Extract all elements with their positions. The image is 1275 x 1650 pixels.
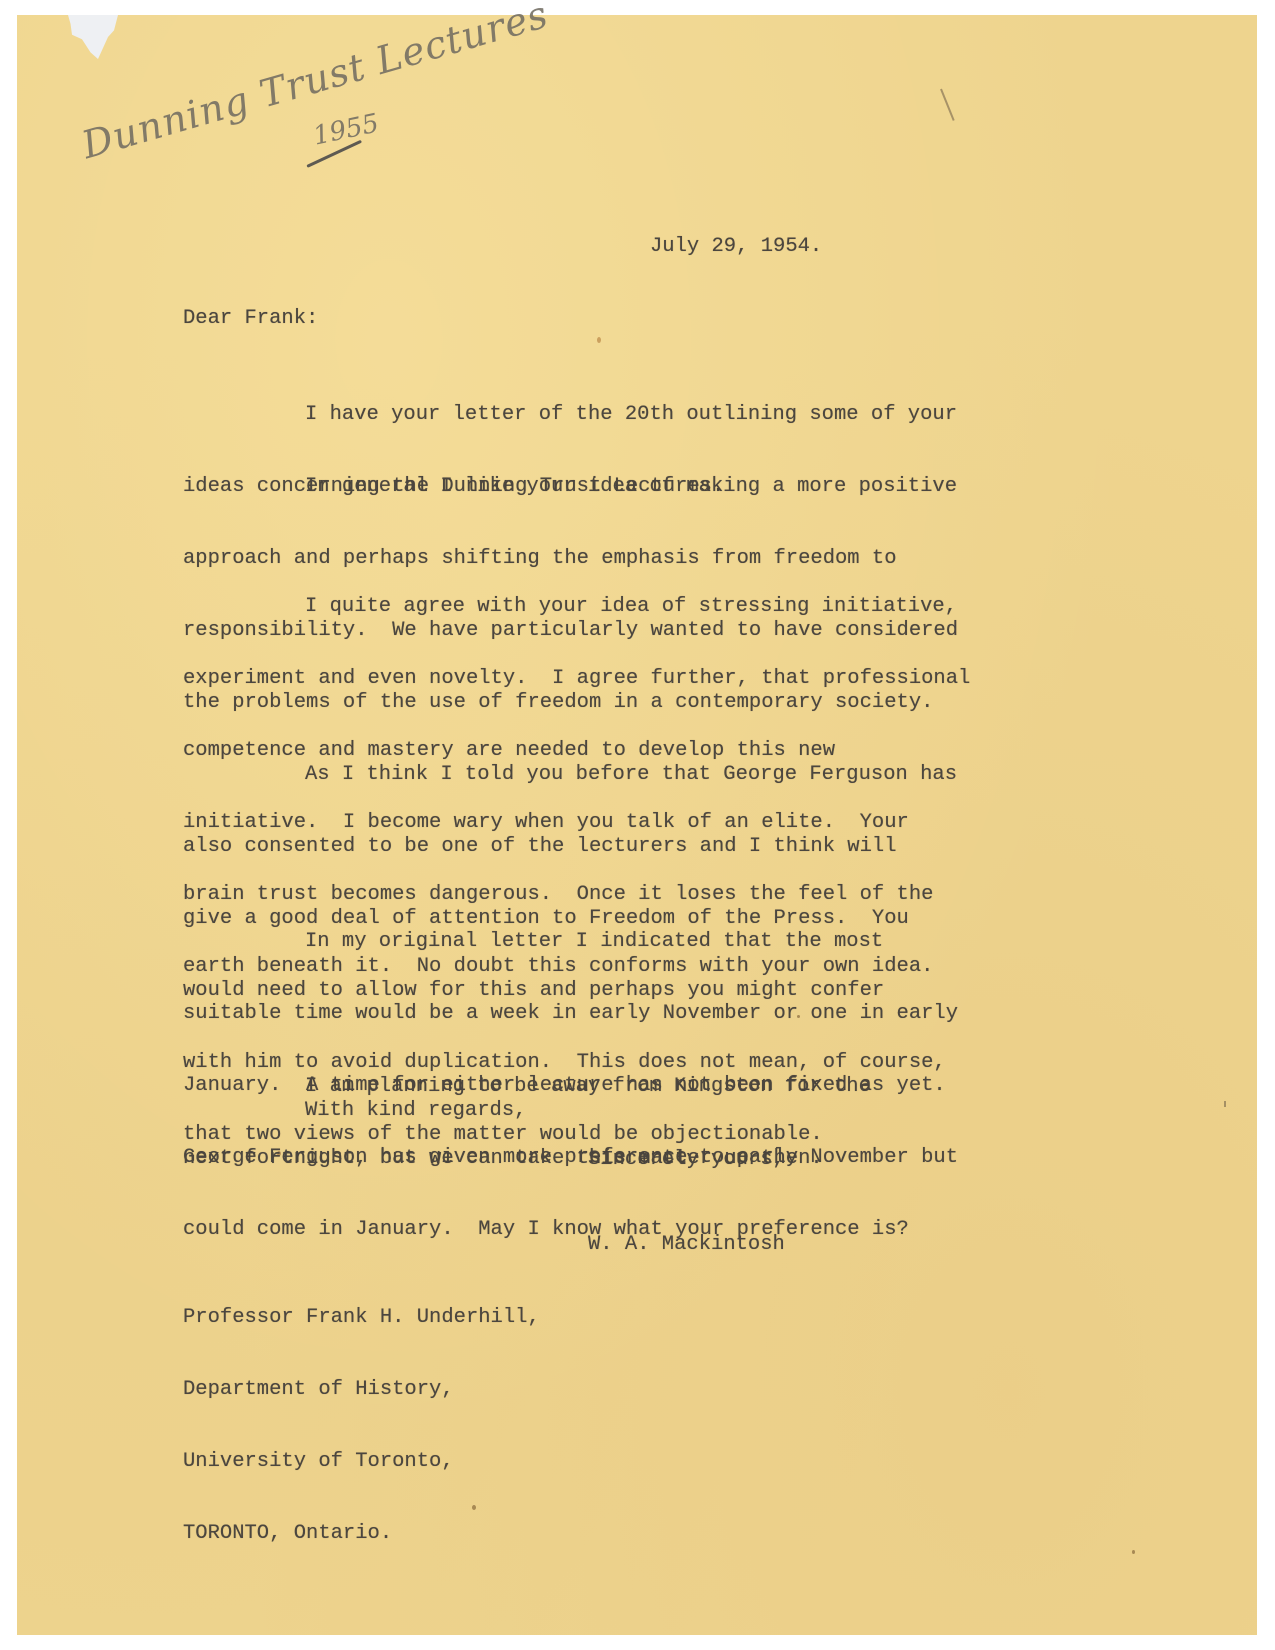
handwritten-annotation-year: 1955 (311, 108, 382, 151)
paragraph-line: I am planning to be away from Kingston f… (183, 1075, 871, 1099)
paragraph-line: experiment and even novelty. I agree fur… (183, 667, 970, 691)
paragraph-line: As I think I told you before that George… (183, 763, 957, 787)
address-line: TORONTO, Ontario. (183, 1522, 540, 1546)
stray-pencil-mark (940, 89, 955, 121)
salutation: Dear Frank: (183, 307, 318, 331)
closing-line: Sincerely yours, (588, 1148, 785, 1172)
paragraph-line: could come in January. May I know what y… (183, 1218, 958, 1242)
paragraph-line: also consented to be one of the lecturer… (183, 835, 957, 859)
address-line: University of Toronto, (183, 1450, 540, 1474)
letter-page: Dunning Trust Lectures 1955 July 29, 195… (17, 15, 1257, 1635)
address-line: Department of History, (183, 1378, 540, 1402)
paper-speck (597, 337, 601, 343)
paper-speck (1132, 1550, 1135, 1554)
paragraph-line: I have your letter of the 20th outlining… (183, 403, 957, 427)
address-line: Professor Frank H. Underhill, (183, 1306, 540, 1330)
paragraph-line: I quite agree with your idea of stressin… (183, 595, 970, 619)
recipient-address: Professor Frank H. Underhill, Department… (183, 1258, 540, 1594)
paragraph-line: suitable time would be a week in early N… (183, 1002, 958, 1026)
letter-date: July 29, 1954. (650, 235, 822, 259)
stray-mark (1224, 1101, 1226, 1107)
torn-corner (68, 15, 118, 59)
signature-name: W. A. Mackintosh (588, 1233, 785, 1257)
regards-line: With kind regards, (305, 1099, 526, 1123)
paragraph-line: In general I like your idea of making a … (183, 475, 958, 499)
paragraph-6: I am planning to be away from Kingston f… (183, 1027, 871, 1219)
paragraph-line: In my original letter I indicated that t… (183, 930, 958, 954)
